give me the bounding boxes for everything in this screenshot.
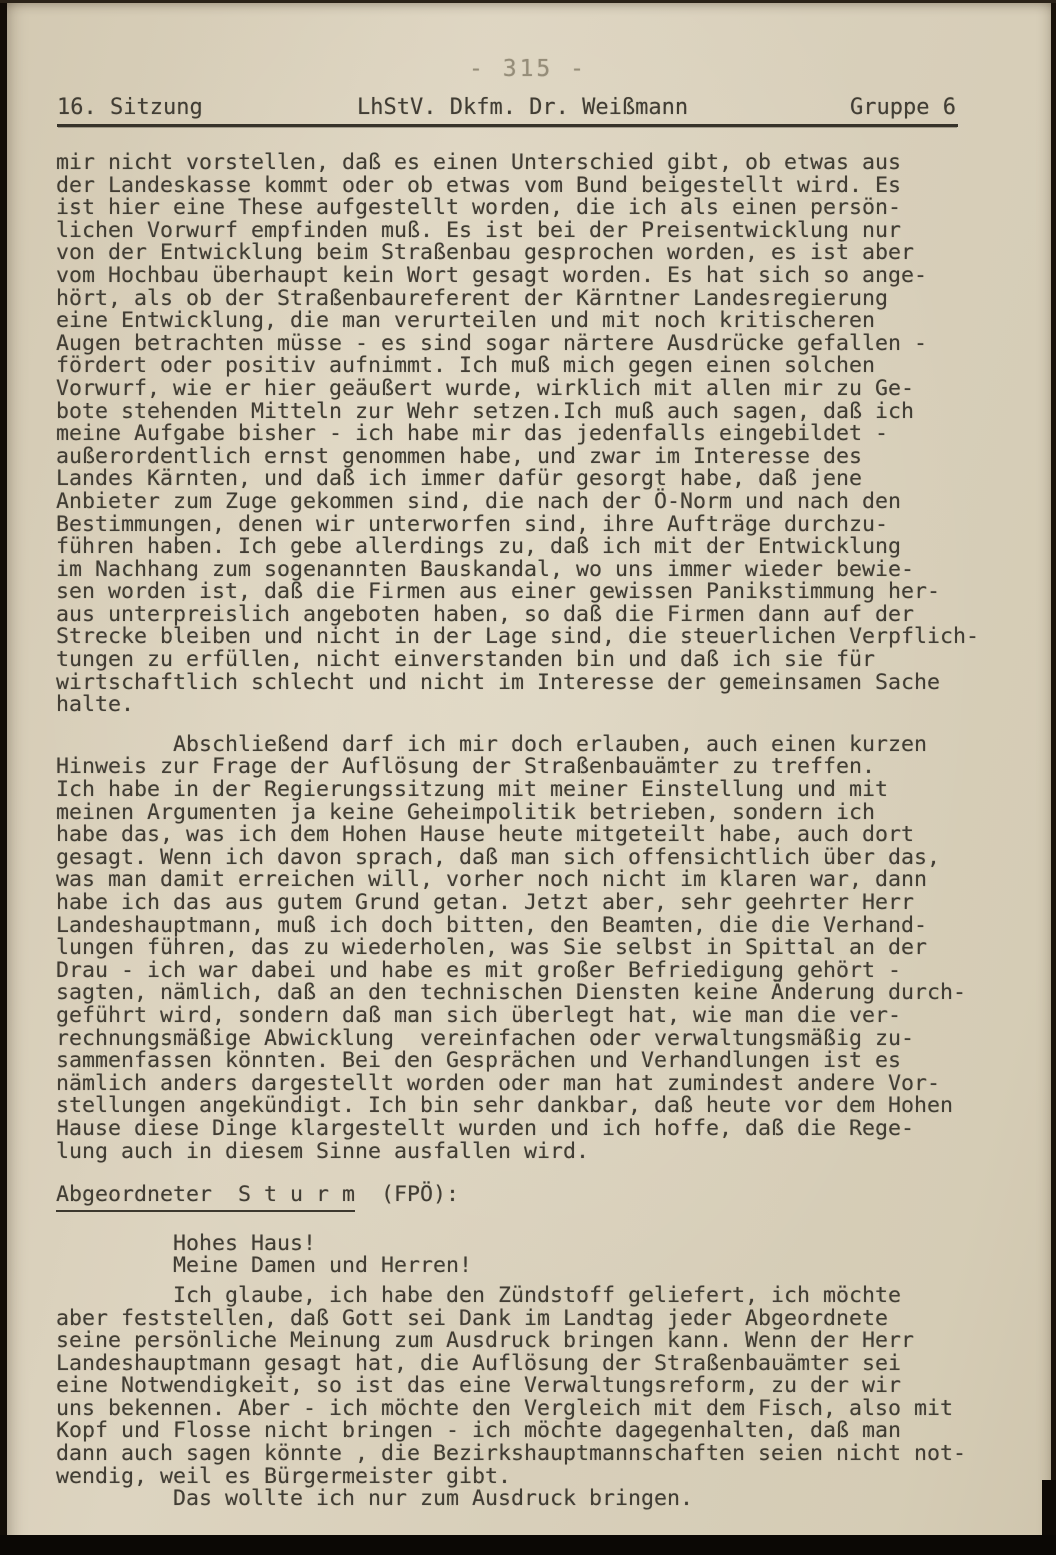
- speaker-party: (FPÖ):: [355, 1182, 459, 1207]
- weissmann-speech-paragraph-2: Abschließend darf ich mir doch erlauben,…: [56, 734, 1016, 1163]
- scanned-document-page: - 315 - 16. Sitzung LhStV. Dkfm. Dr. Wei…: [0, 0, 1056, 1555]
- header-session-number: 16. Sitzung: [57, 95, 203, 120]
- header-group-number: Gruppe 6: [850, 95, 956, 120]
- scan-edge-right: [1051, 0, 1056, 1555]
- speaker-heading-sturm: Abgeordneter S t u r m (FPÖ):: [56, 1184, 1016, 1207]
- speaker-name: Abgeordneter S t u r m: [56, 1182, 355, 1212]
- page-header: 16. Sitzung LhStV. Dkfm. Dr. Weißmann Gr…: [57, 94, 958, 127]
- header-speaker-title: LhStV. Dkfm. Dr. Weißmann: [357, 95, 688, 120]
- scan-edge-bottom: [0, 1535, 1056, 1555]
- scan-edge-top: [0, 0, 1056, 3]
- scan-edge-left: [0, 0, 7, 1555]
- weissmann-speech-paragraph-1: mir nicht vorstellen, daß es einen Unter…: [56, 152, 1016, 717]
- sturm-speech-paragraph-1: Ich glaube, ich habe den Zündstoff gelie…: [56, 1285, 1016, 1511]
- page-number: - 315 -: [0, 56, 1056, 82]
- sturm-greeting: Hohes Haus! Meine Damen und Herren!: [56, 1233, 1016, 1278]
- page-body: mir nicht vorstellen, daß es einen Unter…: [56, 152, 1016, 1511]
